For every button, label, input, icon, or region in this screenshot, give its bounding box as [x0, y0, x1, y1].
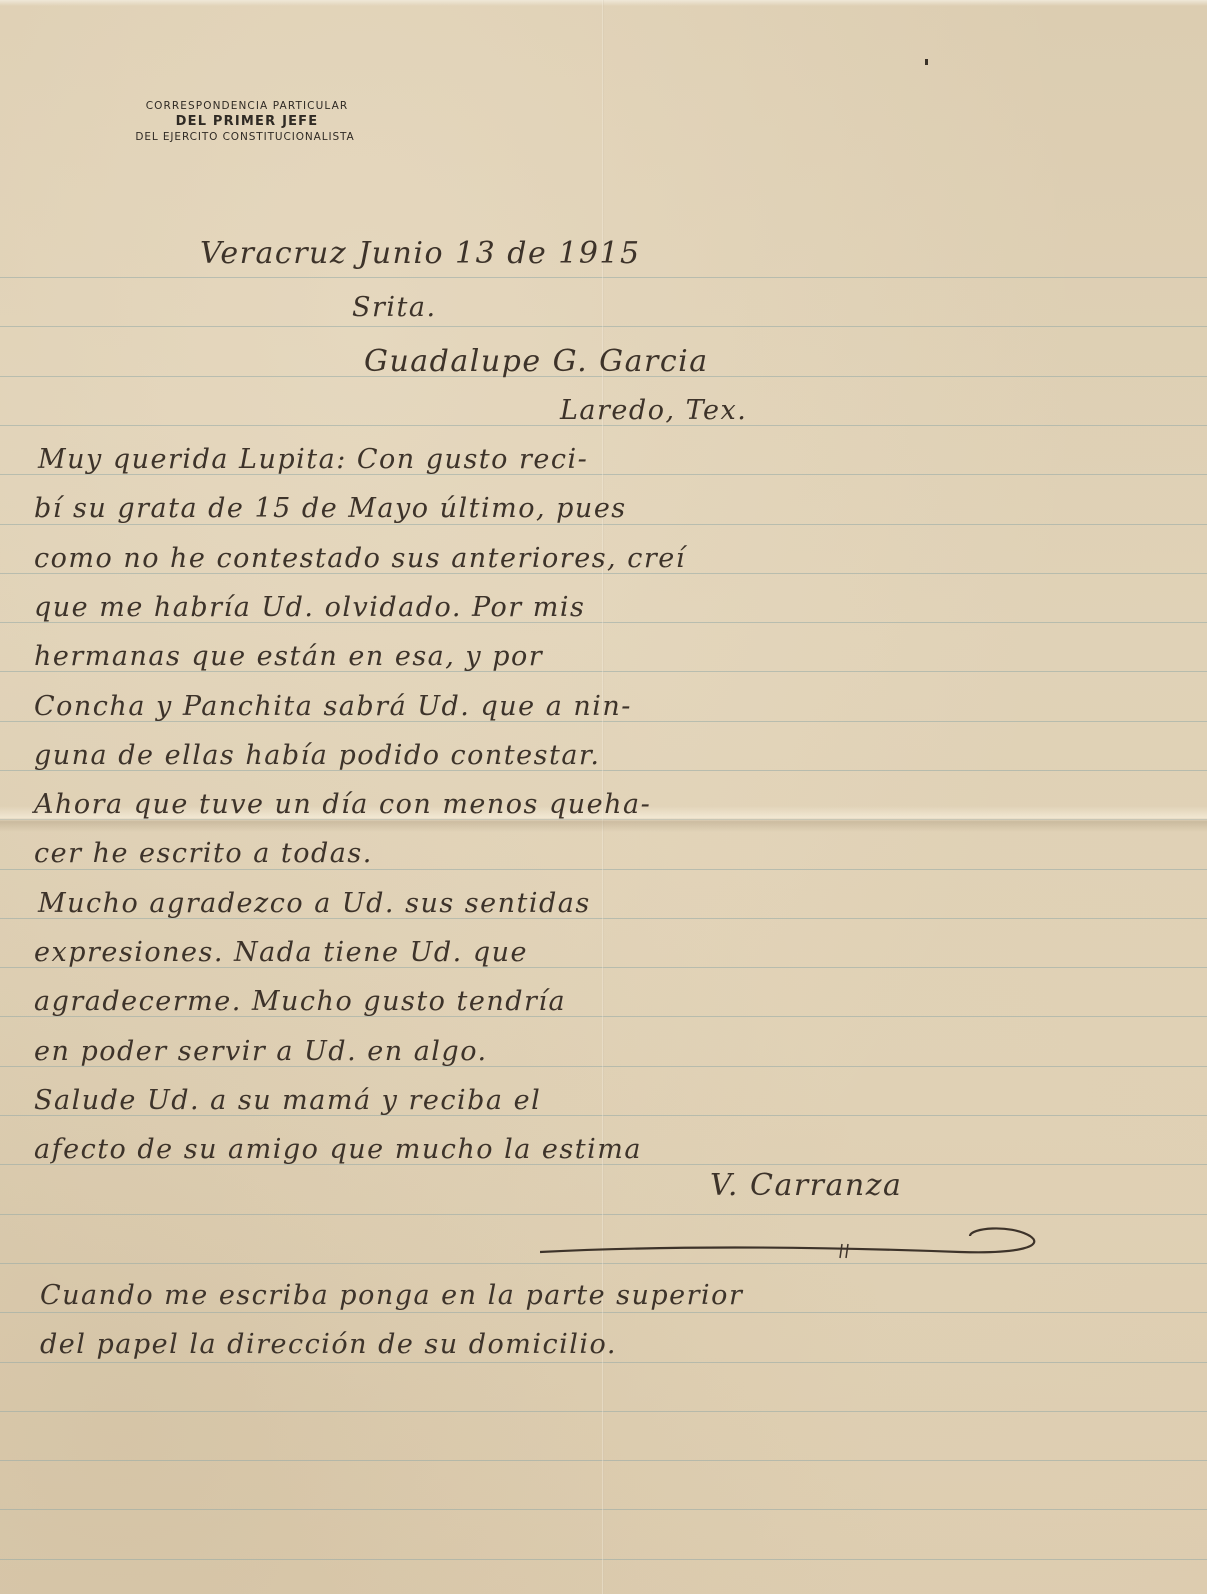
- letter-line: afecto de su amigo que mucho la estima: [34, 1134, 642, 1165]
- signature: V. Carranza: [710, 1168, 902, 1203]
- letter-line: Mucho agradezco a Ud. sus sentidas: [38, 888, 591, 919]
- letter-line: bí su grata de 15 de Mayo último, pues: [34, 493, 627, 524]
- recipient-city: Laredo, Tex.: [560, 395, 747, 426]
- postscript-line: del papel la dirección de su domicilio.: [40, 1329, 617, 1360]
- salutation-title: Srita.: [352, 292, 437, 323]
- place-date: Veracruz Junio 13 de 1915: [200, 236, 641, 271]
- letter-line: cer he escrito a todas.: [34, 838, 373, 869]
- letter-line: en poder servir a Ud. en algo.: [34, 1036, 488, 1067]
- postscript-line: Cuando me escriba ponga en la parte supe…: [40, 1280, 743, 1311]
- letter-line: Muy querida Lupita: Con gusto reci-: [38, 444, 588, 475]
- letter-line: hermanas que están en esa, y por: [34, 641, 543, 672]
- letter-line: que me habría Ud. olvidado. Por mis: [34, 592, 585, 623]
- letterhead-line-2: DEL PRIMER JEFE: [97, 113, 397, 130]
- letterhead-line-1: CORRESPONDENCIA PARTICULAR: [97, 99, 397, 113]
- letterhead-line-3: DEL EJERCITO CONSTITUCIONALISTA: [85, 130, 405, 144]
- ink-mark: [925, 59, 928, 65]
- recipient-name: Guadalupe G. Garcia: [364, 344, 709, 379]
- letterhead: CORRESPONDENCIA PARTICULAR DEL PRIMER JE…: [97, 99, 397, 144]
- letter-line: expresiones. Nada tiene Ud. que: [34, 937, 528, 968]
- letter-line: guna de ellas había podido contestar.: [34, 740, 600, 771]
- letter-line: como no he contestado sus anteriores, cr…: [34, 543, 686, 574]
- letter-line: Concha y Panchita sabrá Ud. que a nin-: [34, 691, 632, 722]
- letter-page: CORRESPONDENCIA PARTICULAR DEL PRIMER JE…: [0, 0, 1207, 1594]
- signature-flourish: [540, 1222, 1060, 1262]
- letter-line: agradecerme. Mucho gusto tendría: [34, 986, 566, 1017]
- letter-line: Salude Ud. a su mamá y reciba el: [34, 1085, 541, 1116]
- letter-line: Ahora que tuve un día con menos queha-: [34, 789, 651, 820]
